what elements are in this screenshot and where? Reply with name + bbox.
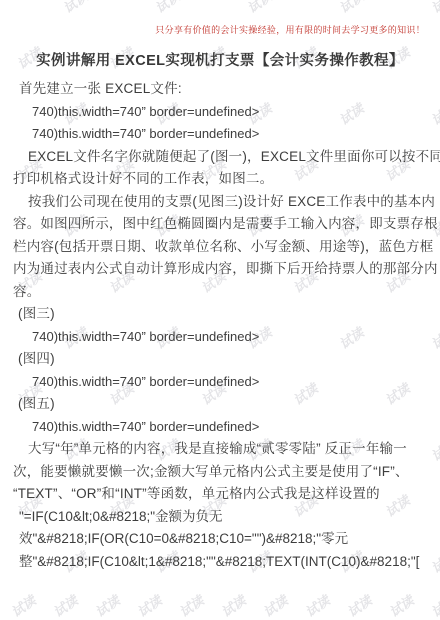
- watermark-stamp: 试读: [427, 590, 440, 620]
- text-line: 740)this.width=740” border=undefined>: [13, 101, 427, 124]
- text-line: 大写“年”单元格的内容，我是直接输成“贰零零陆” 反正一年输一: [13, 438, 427, 461]
- text-line: 栏内容(包括开票日期、收款单位名称、小写金额、用途等)，蓝色方框: [13, 236, 427, 259]
- figure-caption: (图五): [13, 393, 427, 416]
- watermark-stamp: 试读: [259, 590, 291, 620]
- watermark-stamp: 试读: [335, 0, 367, 17]
- watermark-stamp: 试读: [301, 590, 333, 620]
- formula-line: 整"&#8218;IF(C10&lt;1&#8218;""&#8218;TEXT…: [13, 551, 427, 574]
- site-notice-text: 只分享有价值的会计实操经验，用有限的时间去学习更多的知识！: [0, 24, 440, 36]
- text-line: 740)this.width=740” border=undefined>: [13, 123, 427, 146]
- text-line: 容。: [13, 281, 427, 304]
- text-line: EXCEL文件名字你就随便起了(图一)，EXCEL文件里面你可以按不同的: [13, 146, 427, 169]
- watermark-stamp: 试读: [385, 590, 417, 620]
- watermark-stamp: 试读: [133, 590, 165, 620]
- watermark-stamp: 试读: [91, 590, 123, 620]
- text-line: 首先建立一张 EXCEL文件:: [13, 78, 427, 101]
- document-page: 试读试读试读试读试读试读试读试读试读试读试读试读试读试读试读试读试读试读试读试读…: [0, 0, 440, 620]
- text-line: “TEXT”、“OR”和“INT”等函数，单元格内公式我是这样设置的: [13, 483, 427, 506]
- text-line: 按我们公司现在使用的支票(见图三)设计好 EXCE工作表中的基本内: [13, 191, 427, 214]
- watermark-stamp: 试读: [427, 0, 440, 17]
- watermark-stamp: 试读: [343, 590, 375, 620]
- watermark-stamp: 试读: [49, 590, 81, 620]
- article-title: 实例讲解用 EXCEL实现机打支票【会计实务操作教程】: [0, 51, 440, 71]
- formula-line: "=IF(C10&lt;0&#8218;"金额为负无: [13, 506, 427, 529]
- article-content: 首先建立一张 EXCEL文件: 740)this.width=740” bord…: [0, 78, 440, 573]
- text-line: 740)this.width=740” border=undefined>: [13, 326, 427, 349]
- text-line: 740)this.width=740” border=undefined>: [13, 416, 427, 439]
- watermark-stamp: 试读: [7, 590, 39, 620]
- document-body: 只分享有价值的会计实操经验，用有限的时间去学习更多的知识！ 实例讲解用 EXCE…: [0, 24, 440, 573]
- watermark-stamp: 试读: [175, 590, 207, 620]
- watermark-stamp: 试读: [151, 0, 183, 17]
- watermark-stamp: 试读: [217, 590, 249, 620]
- text-line: 740)this.width=740” border=undefined>: [13, 371, 427, 394]
- figure-caption: (图三): [13, 303, 427, 326]
- text-line: 打印机格式设计好不同的工作表，如图二。: [13, 168, 427, 191]
- watermark-stamp: 试读: [243, 0, 275, 17]
- figure-caption: (图四): [13, 348, 427, 371]
- text-line: 容。如图四所示，图中红色椭圆圈内是需要手工输入内容，即支票存根: [13, 213, 427, 236]
- text-line: 次，能要懒就要懒一次;金额大写单元格内公式主要是使用了“IF”、: [13, 461, 427, 484]
- formula-line: 效"&#8218;IF(OR(C10=0&#8218;C10="")&#8218…: [13, 528, 427, 551]
- text-line: 内为通过表内公式自动计算形成内容，即撕下后开给持票人的那部分内: [13, 258, 427, 281]
- watermark-stamp: 试读: [59, 0, 91, 17]
